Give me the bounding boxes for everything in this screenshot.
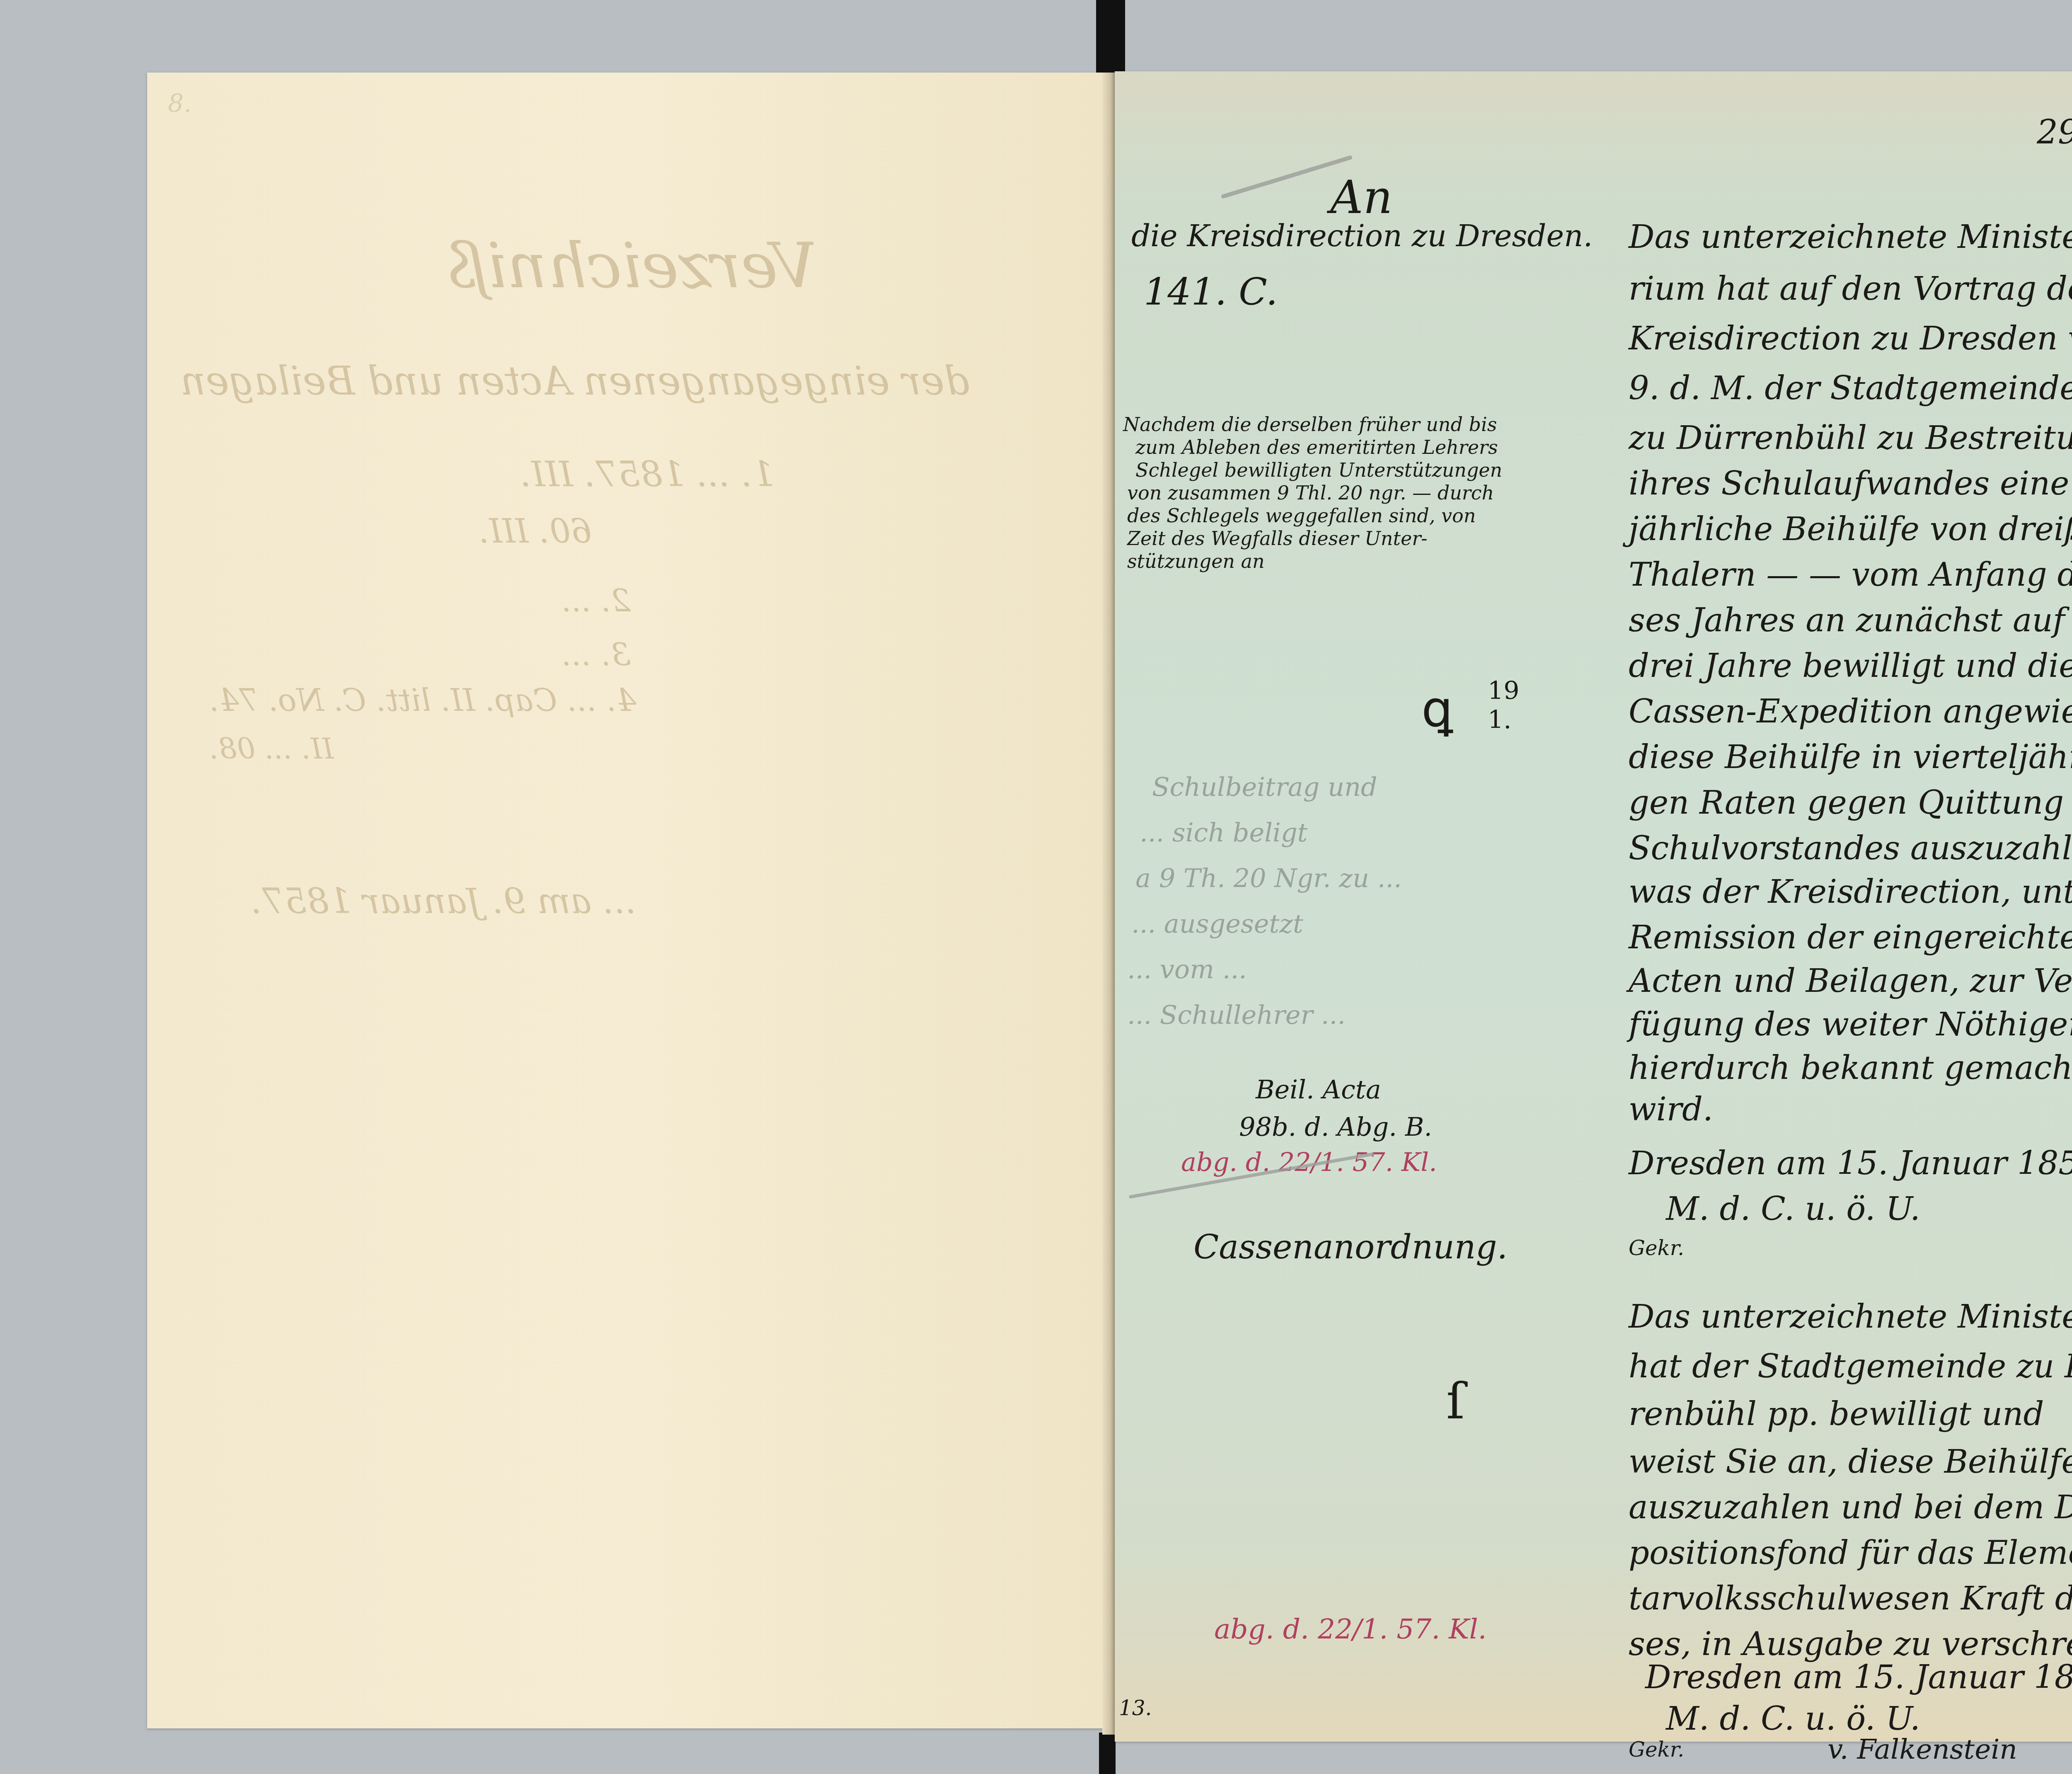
letter-date: Dresden am 15. Januar 1857. xyxy=(1629,1145,2072,1182)
book-gutter xyxy=(1102,73,1116,1735)
bleed-line: 60. III. xyxy=(479,512,592,550)
red-dispatch-note-2: abg. d. 22/1. 57. Kl. xyxy=(1214,1613,1487,1645)
ministry-abbreviation-2: M. d. C. u. ö. U. xyxy=(1666,1700,1920,1738)
letter-line: Kreisdirection zu Dresden vom xyxy=(1629,320,2072,357)
bleed-line: II. ... 08. xyxy=(209,732,334,766)
letter-2-line: renbühl pp. bewilligt und xyxy=(1629,1396,2044,1433)
margin-note-line: von zusammen 9 Thl. 20 ngr. — durch xyxy=(1127,482,1494,504)
margin-note-line: Nachdem die derselben früher und bis xyxy=(1123,413,1497,436)
letter-line: 9. d. M. der Stadtgemeinde xyxy=(1629,370,2072,407)
bleed-line: 4. ... Cap. II. litt. C. No. 74. xyxy=(209,682,636,718)
signature: v. Falkenstein xyxy=(1828,1733,2017,1765)
letter-line: ihres Schulaufwandes eine xyxy=(1629,465,2070,502)
margin-note-line: stützungen an xyxy=(1127,550,1265,572)
pencil-note-line: ... Schullehrer ... xyxy=(1127,1000,1346,1030)
margin-note-line: zum Ableben des emeritirten Lehrers xyxy=(1135,436,1498,458)
reference-number: 141. C. xyxy=(1144,270,1278,314)
cash-order-label: Cassenanordnung. xyxy=(1193,1228,1508,1266)
letter-line: Remission der eingereichten xyxy=(1629,919,2072,956)
left-corner-mark: 8. xyxy=(168,89,191,118)
date-mark-month: 1. xyxy=(1488,705,1511,734)
marker: Gekr. xyxy=(1629,1236,1684,1260)
letter-line: Das unterzeichnete Minister- xyxy=(1629,218,2072,256)
left-page: 8. Verzeichniß der eingegangenen Acten u… xyxy=(147,73,1104,1728)
letter-line: rium hat auf den Vortrag der xyxy=(1629,270,2072,308)
letter-2-line: auszuzahlen und bei dem Dis- xyxy=(1629,1489,2072,1526)
margin-note-line: Zeit des Wegfalls dieser Unter- xyxy=(1127,527,1428,550)
folio-number: 29. xyxy=(2037,113,2072,151)
section-mark-glyph: ſ xyxy=(1446,1373,1464,1430)
ministry-abbreviation: M. d. C. u. ö. U. xyxy=(1666,1190,1920,1228)
bleed-line: ... am 9. Januar 1857. xyxy=(251,881,636,922)
signature-block-line: Beil. Acta xyxy=(1256,1074,1381,1105)
pencil-note-line: a 9 Th. 20 Ngr. zu ... xyxy=(1135,863,1402,893)
page-number: 13. xyxy=(1119,1696,1152,1720)
date-mark-day: 19 xyxy=(1488,676,1519,705)
letter-2-line: hat der Stadtgemeinde zu Dür- xyxy=(1629,1348,2072,1385)
red-dispatch-note: abg. d. 22/1. 57. Kl. xyxy=(1181,1147,1437,1177)
letter-line: fügung des weiter Nöthigen xyxy=(1629,1006,2072,1043)
address-heading: An xyxy=(1330,171,1392,224)
letter-line: Acten und Beilagen, zur Ver- xyxy=(1629,962,2072,1000)
letter-2-date: Dresden am 15. Januar 1857. xyxy=(1645,1659,2072,1696)
margin-note-line: des Schlegels weggefallen sind, von xyxy=(1127,504,1476,527)
binding-strip-top xyxy=(1096,0,1125,75)
letter-line: diese Beihülfe in vierteljähri- xyxy=(1629,739,2072,776)
signature-block-line: 98b. d. Abg. B. xyxy=(1239,1112,1432,1142)
letter-line: Schulvorstandes auszuzahlen; xyxy=(1629,830,2072,867)
bleed-title: Verzeichniß xyxy=(445,230,817,302)
marker-2: Gekr. xyxy=(1629,1738,1684,1762)
right-page: 29. An die Kreisdirection zu Dresden. 14… xyxy=(1115,71,2072,1742)
letter-2-line: weist Sie an, diese Beihülfe pp. xyxy=(1629,1443,2072,1481)
letter-2-line: tarvolksschulwesen Kraft die- xyxy=(1629,1580,2072,1617)
address-line: die Kreisdirection zu Dresden. xyxy=(1131,218,1593,253)
pencil-note-line: ... vom ... xyxy=(1127,954,1247,984)
letter-line: Cassen-Expedition angewiesen, xyxy=(1629,693,2072,730)
bleed-line: 2. ... xyxy=(562,582,631,619)
letter-line: zu Dürrenbühl zu Bestreitung xyxy=(1629,419,2072,457)
letter-line: Thalern — — vom Anfang die- xyxy=(1629,556,2072,594)
bleed-subtitle: der eingegangenen Acten und Beilagen xyxy=(180,359,970,404)
letter-line: jährliche Beihülfe von dreißig xyxy=(1629,511,2072,548)
letter-line: drei Jahre bewilligt und die xyxy=(1629,647,2072,685)
pencil-note-line: Schulbeitrag und xyxy=(1152,772,1377,802)
letter-line: wird. xyxy=(1629,1091,1713,1128)
margin-note-line: Schlegel bewilligten Unterstützungen xyxy=(1135,459,1502,481)
bleed-line: 1. ... 1857. III. xyxy=(520,454,775,495)
letter-line: gen Raten gegen Quittung des xyxy=(1629,784,2072,822)
pencil-note-line: ... ausgesetzt xyxy=(1131,909,1303,939)
pencil-note-line: ... sich beligt xyxy=(1140,817,1307,848)
binding-strip-bottom xyxy=(1099,1733,1116,1774)
letter-2-line: Das unterzeichnete Ministerium xyxy=(1629,1298,2072,1335)
bleed-line: 3. ... xyxy=(562,636,631,673)
letter-2-line: ses, in Ausgabe zu verschreiben. xyxy=(1629,1626,2072,1663)
letter-line: was der Kreisdirection, unter xyxy=(1629,873,2072,911)
letter-line: ses Jahres an zunächst auf xyxy=(1629,602,2065,639)
letter-line: hierdurch bekannt gemacht xyxy=(1629,1049,2072,1087)
letter-2-line: positionsfond für das Elemen- xyxy=(1629,1534,2072,1572)
date-mark-glyph: ꝗ xyxy=(1421,681,1453,738)
